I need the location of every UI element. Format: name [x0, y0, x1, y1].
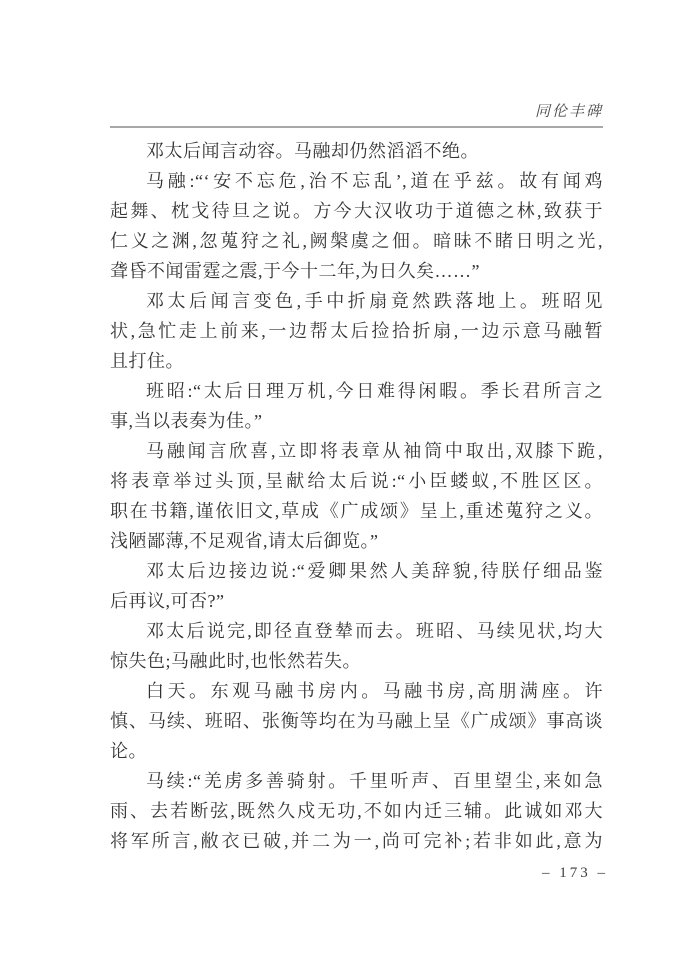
text-line: 职在书籍,谨依旧文,草成《广成颂》呈上,重述蒐狩之义。: [110, 496, 603, 526]
text-line: 将军所言,敝衣已破,并二为一,尚可完补;若非如此,意为: [110, 826, 603, 856]
text-line: 状,急忙走上前来,一边帮太后捡拾折扇,一边示意马融暂: [110, 316, 603, 346]
text-line: 将表章举过头顶,呈献给太后说:“小臣蝼蚁,不胜区区。: [110, 466, 603, 496]
text-line: 马融:“‘安不忘危,治不忘乱’,道在乎兹。故有闻鸡: [110, 166, 603, 196]
text-line: 惊失色;马融此时,也怅然若失。: [110, 646, 603, 676]
text-line: 后再议,可否?”: [110, 586, 603, 616]
text-line: 邓太后说完,即径直登辇而去。班昭、马续见状,均大: [110, 616, 603, 646]
page-number: – 173 –: [528, 862, 622, 884]
text-line: 起舞、枕戈待旦之说。方今大汉收功于道德之林,致获于: [110, 196, 603, 226]
text-block: 邓太后闻言动容。马融却仍然滔滔不绝。马融:“‘安不忘危,治不忘乱’,道在乎兹。故…: [110, 136, 603, 856]
book-page: 同伦丰碑 邓太后闻言动容。马融却仍然滔滔不绝。马融:“‘安不忘危,治不忘乱’,道…: [0, 0, 692, 968]
text-line: 慎、马续、班昭、张衡等均在为马融上呈《广成颂》事高谈阔: [110, 706, 603, 736]
text-line: 马续:“羌虏多善骑射。千里听声、百里望尘,来如急: [110, 766, 603, 796]
text-line: 邓太后边接边说:“爱卿果然人美辞貌,待朕仔细品鉴: [110, 556, 603, 586]
header-rule: [110, 126, 603, 128]
text-line: 浅陋鄙薄,不足观省,请太后御览。”: [110, 526, 603, 556]
text-line: 邓太后闻言变色,手中折扇竟然跌落地上。班昭见: [110, 286, 603, 316]
text-line: 邓太后闻言动容。马融却仍然滔滔不绝。: [110, 136, 603, 166]
text-line: 白天。东观马融书房内。马融书房,高朋满座。许: [110, 676, 603, 706]
text-line: 聋昏不闻雷霆之震,于今十二年,为日久矣……”: [110, 256, 603, 286]
text-line: 仁义之渊,忽蒐狩之礼,阙槃虞之佃。暗昧不睹日明之光,: [110, 226, 603, 256]
text-line: 雨、去若断弦,既然久戍无功,不如内迁三辅。此诚如邓大: [110, 796, 603, 826]
text-line: 马融闻言欣喜,立即将表章从袖筒中取出,双膝下跪,: [110, 436, 603, 466]
text-line: 且打住。: [110, 346, 603, 376]
running-header-title: 同伦丰碑: [110, 101, 603, 123]
text-line: 事,当以表奏为佳。”: [110, 406, 603, 436]
text-line: 班昭:“太后日理万机,今日难得闲暇。季长君所言之: [110, 376, 603, 406]
text-line: 论。: [110, 736, 603, 766]
